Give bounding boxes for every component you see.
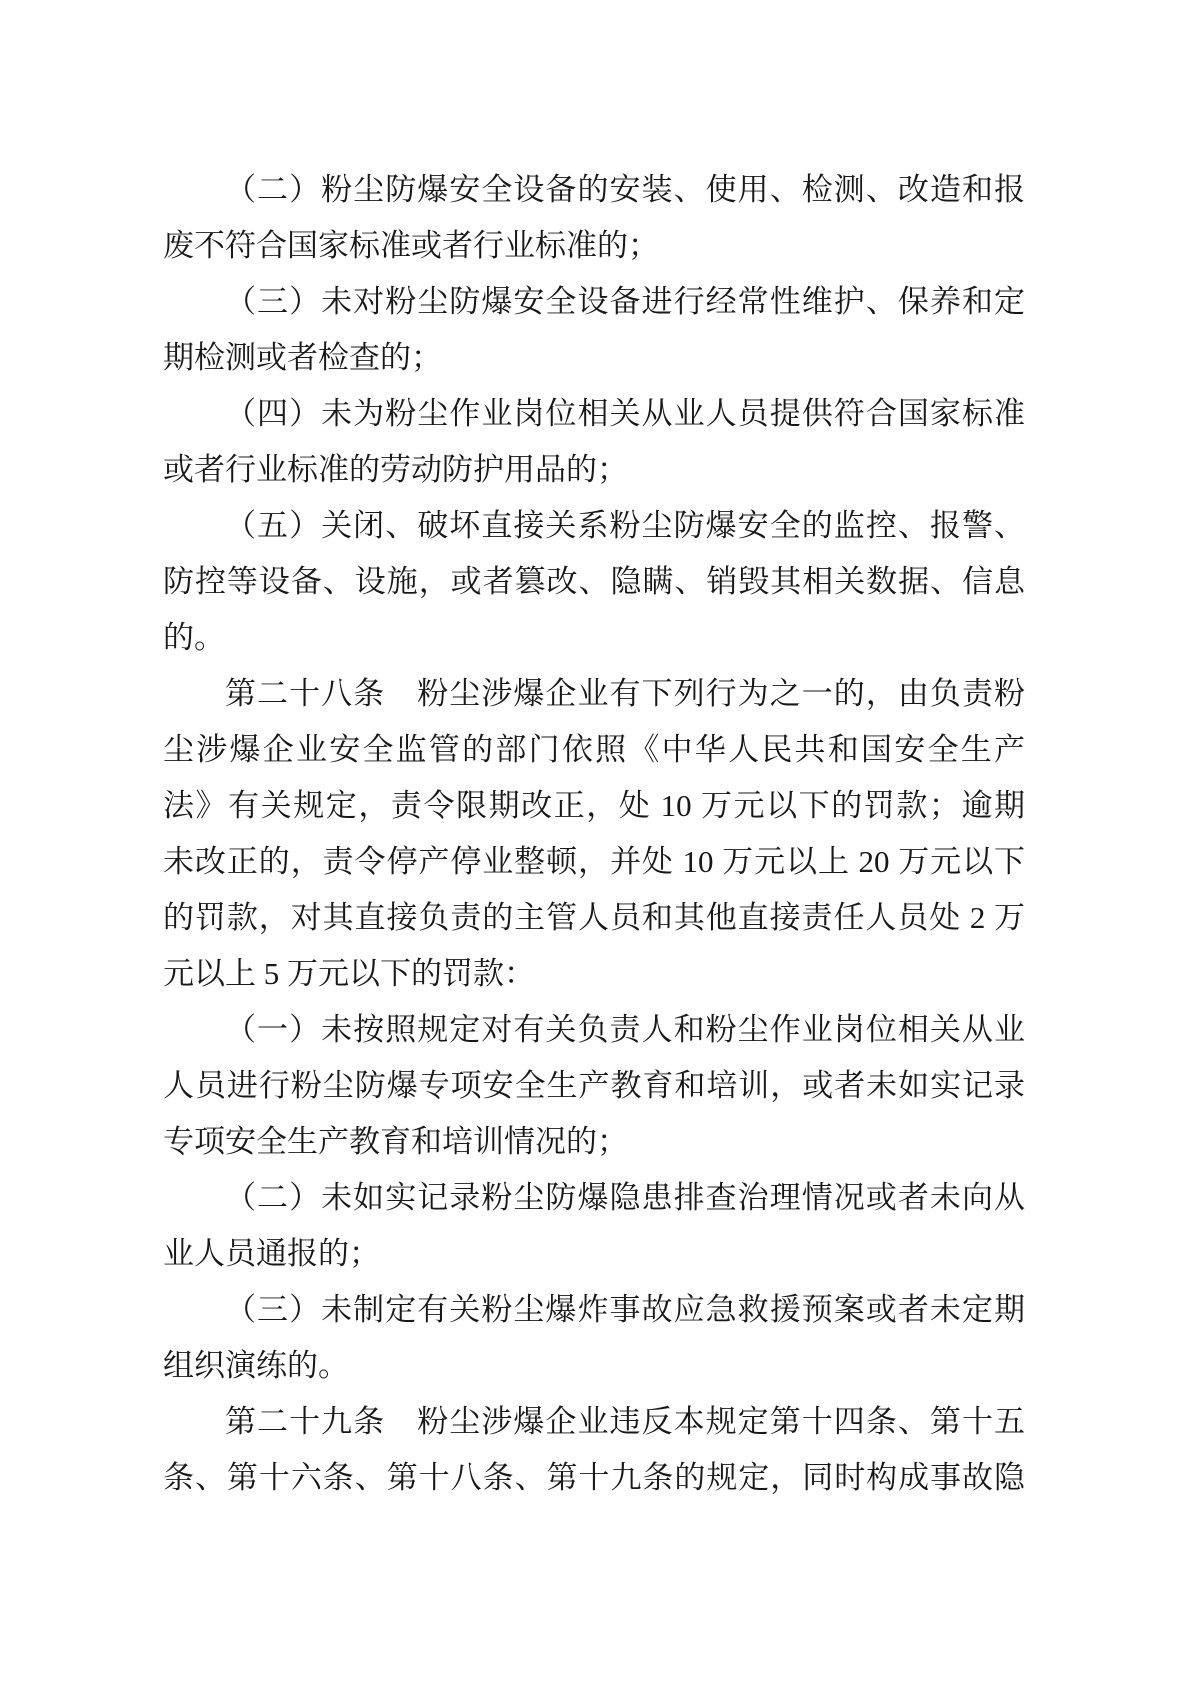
doc-line-15: 元以上 5 万元以下的罚款： <box>163 946 1025 1002</box>
doc-line-06: 或者行业标准的劳动防护用品的； <box>163 442 1025 498</box>
doc-line-22: 组织演练的。 <box>163 1338 1025 1394</box>
doc-line-18: 专项安全生产教育和培训情况的； <box>163 1114 1025 1170</box>
doc-line-03: （三）未对粉尘防爆安全设备进行经常性维护、保养和定 <box>163 274 1025 330</box>
doc-line-02: 废不符合国家标准或者行业标准的； <box>163 218 1025 274</box>
doc-line-10: 第二十八条 粉尘涉爆企业有下列行为之一的，由负责粉 <box>163 666 1025 722</box>
doc-line-14: 的罚款，对其直接负责的主管人员和其他直接责任人员处 2 万 <box>163 890 1025 946</box>
document-page: （二）粉尘防爆安全设备的安装、使用、检测、改造和报 废不符合国家标准或者行业标准… <box>0 0 1190 1683</box>
doc-line-17: 人员进行粉尘防爆专项安全生产教育和培训，或者未如实记录 <box>163 1058 1025 1114</box>
doc-line-11: 尘涉爆企业安全监管的部门依照《中华人民共和国安全生产 <box>163 722 1025 778</box>
doc-line-19: （二）未如实记录粉尘防爆隐患排查治理情况或者未向从 <box>163 1170 1025 1226</box>
doc-line-24: 条、第十六条、第十八条、第十九条的规定，同时构成事故隐 <box>163 1450 1025 1506</box>
doc-line-07: （五）关闭、破坏直接关系粉尘防爆安全的监控、报警、 <box>163 498 1025 554</box>
doc-line-01: （二）粉尘防爆安全设备的安装、使用、检测、改造和报 <box>163 162 1025 218</box>
doc-line-20: 业人员通报的； <box>163 1226 1025 1282</box>
doc-line-12: 法》有关规定，责令限期改正，处 10 万元以下的罚款；逾期 <box>163 778 1025 834</box>
doc-line-04: 期检测或者检查的； <box>163 330 1025 386</box>
doc-line-13: 未改正的，责令停产停业整顿，并处 10 万元以上 20 万元以下 <box>163 834 1025 890</box>
doc-line-05: （四）未为粉尘作业岗位相关从业人员提供符合国家标准 <box>163 386 1025 442</box>
doc-line-16: （一）未按照规定对有关负责人和粉尘作业岗位相关从业 <box>163 1002 1025 1058</box>
doc-line-09: 的。 <box>163 610 1025 666</box>
doc-line-21: （三）未制定有关粉尘爆炸事故应急救援预案或者未定期 <box>163 1282 1025 1338</box>
document-text-block: （二）粉尘防爆安全设备的安装、使用、检测、改造和报 废不符合国家标准或者行业标准… <box>163 162 1025 1506</box>
doc-line-08: 防控等设备、设施，或者篡改、隐瞒、销毁其相关数据、信息 <box>163 554 1025 610</box>
doc-line-23: 第二十九条 粉尘涉爆企业违反本规定第十四条、第十五 <box>163 1394 1025 1450</box>
